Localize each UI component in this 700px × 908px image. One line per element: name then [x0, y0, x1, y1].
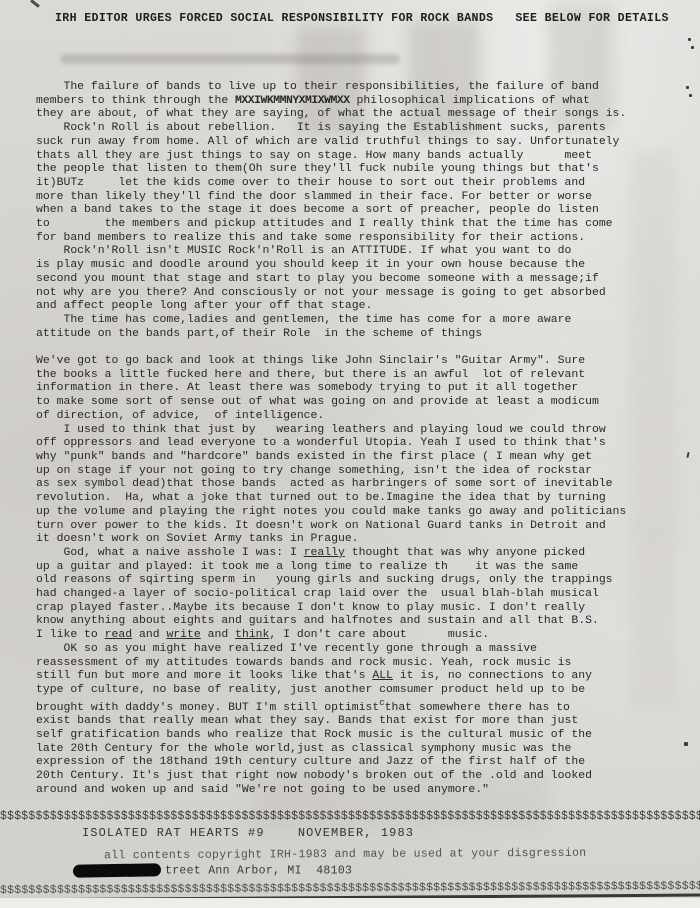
text-line: expression of the 18thand 19th century c…: [36, 755, 676, 769]
dollar-sign-divider-top: $$$$$$$$$$$$$$$$$$$$$$$$$$$$$$$$$$$$$$$$…: [0, 810, 700, 823]
text-line: OK so as you might have realized I've re…: [36, 642, 676, 656]
text-line: for band members to realize this and tak…: [36, 231, 676, 245]
text-line: they are about, of what they are saying,…: [36, 107, 676, 121]
scan-speck: [686, 452, 689, 458]
text-line: know anything about eights and guitars a…: [36, 614, 676, 628]
text-line: The failure of bands to live up to their…: [36, 80, 676, 94]
text-line: why "punk" bands and "hardcore" bands ex…: [36, 450, 676, 464]
scanner-background: [0, 898, 700, 908]
text-line: still fun but more and more it looks lik…: [36, 669, 676, 683]
text-line: The time has come,ladies and gentlemen, …: [36, 313, 676, 327]
text-line: off oppressors and lead everyone to a wo…: [36, 436, 676, 450]
address-text: treet Ann Arbor, MI 48103: [165, 865, 352, 878]
text-line: to make some sort of sense out of what w…: [36, 395, 676, 409]
text-line: Rock'n Roll is about rebellion. It is sa…: [36, 121, 676, 135]
text-line: second you mount that stage and start to…: [36, 272, 676, 286]
text-line: 20th Century. It's just that right now n…: [36, 769, 676, 783]
text-line: of direction, of advice, of intelligence…: [36, 409, 676, 423]
text-line: suck run away from home. All of which ar…: [36, 135, 676, 149]
text-line: crap played faster..Maybe its because I …: [36, 601, 676, 615]
text-line: exist bands that really mean what they s…: [36, 714, 676, 728]
address-line: treet Ann Arbor, MI 48103: [73, 864, 352, 878]
text-line: up the volume and playing the right note…: [36, 505, 676, 519]
text-line: to the members and pickup attitudes and …: [36, 217, 676, 231]
text-line: around and woken up and said "We're not …: [36, 783, 676, 797]
text-line: We've got to go back and look at things …: [36, 354, 676, 368]
headline: IRH EDITOR URGES FORCED SOCIAL RESPONSIB…: [55, 12, 655, 25]
text-line: when a band takes to the stage it does b…: [36, 203, 676, 217]
zine-title: ISOLATED RAT HEARTS #9 NOVEMBER, 1983: [82, 826, 414, 840]
text-line: had changed-a layer of socio-political c…: [36, 587, 676, 601]
scan-corner-mark: [30, 0, 40, 8]
copyright-notice: all contents copyright IRH-1983 and may …: [104, 847, 587, 863]
text-line: up a guitar and played: it took me a lon…: [36, 560, 676, 574]
scan-speck: [688, 38, 691, 41]
text-line: self gratification bands who realize tha…: [36, 728, 676, 742]
scan-speck: [691, 46, 694, 49]
text-line: old reasons of sqirting sperm in young g…: [36, 573, 676, 587]
text-line: Rock'n'Roll isn't MUSIC Rock'n'Roll is a…: [36, 244, 676, 258]
text-line: thats all they are just things to say on…: [36, 149, 676, 163]
text-line: brought with daddy's money. BUT I'm stil…: [36, 697, 676, 715]
text-line: the books a little fucked here and there…: [36, 368, 676, 382]
scan-speck: [684, 742, 688, 746]
text-line: it)BUTz let the kids come over to their …: [36, 176, 676, 190]
text-line: members to think through the MXXIWKMMNYX…: [36, 94, 676, 108]
scan-speck: [686, 86, 689, 89]
text-line: revolution. Ha, what a joke that turned …: [36, 491, 676, 505]
text-line: and affect people long after your off th…: [36, 299, 676, 313]
scan-speck: [689, 94, 692, 97]
text-line: I used to think that just by wearing lea…: [36, 423, 676, 437]
text-line: it doesn't work on Soviet Army tanks in …: [36, 532, 676, 546]
text-line: reassessment of my attitudes towards ban…: [36, 656, 676, 670]
text-line: God, what a naive asshole I was: I reall…: [36, 546, 676, 560]
text-line: I like to read and write and think, I do…: [36, 628, 676, 642]
text-line: is play music and doodle around you shou…: [36, 258, 676, 272]
text-line: information in there. At least there was…: [36, 381, 676, 395]
text-line: late 20th Century for the whole world,ju…: [36, 742, 676, 756]
text-line: not why are you there? And consciously o…: [36, 286, 676, 300]
text-line: [36, 340, 676, 354]
typewritten-body: The failure of bands to live up to their…: [36, 80, 676, 796]
text-line: attitude on the bands part,of their Role…: [36, 327, 676, 341]
scanned-zine-page: IRH EDITOR URGES FORCED SOCIAL RESPONSIB…: [0, 0, 700, 908]
text-line: turn over power to the kids. It doesn't …: [36, 519, 676, 533]
text-line: the people that listen to them(Oh sure t…: [36, 162, 676, 176]
photocopy-ghost-text-smudge: [60, 54, 400, 64]
text-line: as sex symbol dead)that those bands acte…: [36, 477, 676, 491]
text-line: more than likely they'll find the door s…: [36, 190, 676, 204]
redacted-address-block: [73, 863, 161, 878]
text-line: up on stage if your not going to try cha…: [36, 464, 676, 478]
text-line: type of culture, no base of reality, jus…: [36, 683, 676, 697]
